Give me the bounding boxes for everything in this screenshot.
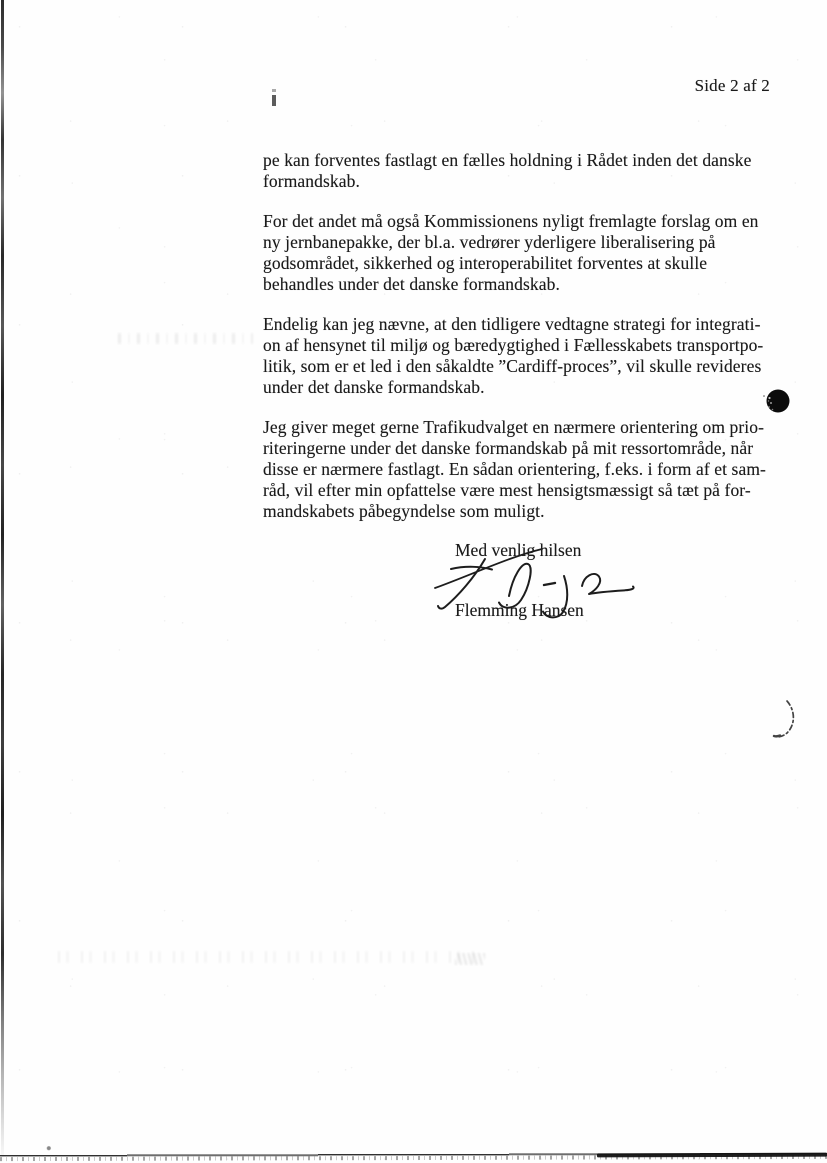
pen-mark-crescent bbox=[770, 698, 800, 742]
text-line: godsområdet, sikkerhed og interoperabili… bbox=[263, 253, 783, 274]
text-line: råd, vil efter min opfattelse være mest … bbox=[263, 480, 783, 501]
ghost-smudge bbox=[455, 953, 485, 965]
document-page: Side 2 af 2 pe kan forventes fastlagt en… bbox=[0, 0, 827, 1163]
scan-edge-artifact-bottom-right bbox=[597, 1153, 827, 1158]
scan-speck-artifact bbox=[44, 1144, 52, 1151]
paragraph: Jeg giver meget gerne Trafikudvalget en … bbox=[263, 417, 783, 522]
text-line: disse er nærmere fastlagt. En sådan orie… bbox=[263, 459, 783, 480]
text-line: under det danske formandskab. bbox=[263, 377, 783, 398]
scan-speck-artifact bbox=[272, 89, 276, 106]
text-line: pe kan forventes fastlagt en fælles hold… bbox=[263, 150, 783, 171]
ink-blot bbox=[759, 387, 793, 419]
text-line: behandles under det danske formandskab. bbox=[263, 274, 783, 295]
text-line: ny jernbanepakke, der bl.a. vedrører yde… bbox=[263, 232, 783, 253]
signer-name: Flemming Hansen bbox=[455, 600, 584, 621]
text-line: on af hensynet til miljø og bæredygtighe… bbox=[263, 335, 783, 356]
letter-body: pe kan forventes fastlagt en fælles hold… bbox=[263, 150, 783, 541]
text-line: Endelig kan jeg nævne, at den tidligere … bbox=[263, 314, 783, 335]
text-line: formandskab. bbox=[263, 171, 783, 192]
ghost-smudge bbox=[118, 333, 253, 344]
page-number: Side 2 af 2 bbox=[695, 76, 770, 96]
text-line: litik, som er et led i den såkaldte ”Car… bbox=[263, 356, 783, 377]
paragraph: For det andet må også Kommissionens nyli… bbox=[263, 211, 783, 295]
text-line: riteringerne under det danske formandska… bbox=[263, 438, 783, 459]
ghost-smudge bbox=[58, 951, 478, 963]
text-line: For det andet må også Kommissionens nyli… bbox=[263, 211, 783, 232]
paragraph: pe kan forventes fastlagt en fælles hold… bbox=[263, 150, 783, 192]
text-line: mandskabets påbegyndelse som muligt. bbox=[263, 501, 783, 522]
scan-edge-artifact-left bbox=[1, 0, 4, 1163]
text-line: Jeg giver meget gerne Trafikudvalget en … bbox=[263, 417, 783, 438]
paragraph: Endelig kan jeg nævne, at den tidligere … bbox=[263, 314, 783, 398]
